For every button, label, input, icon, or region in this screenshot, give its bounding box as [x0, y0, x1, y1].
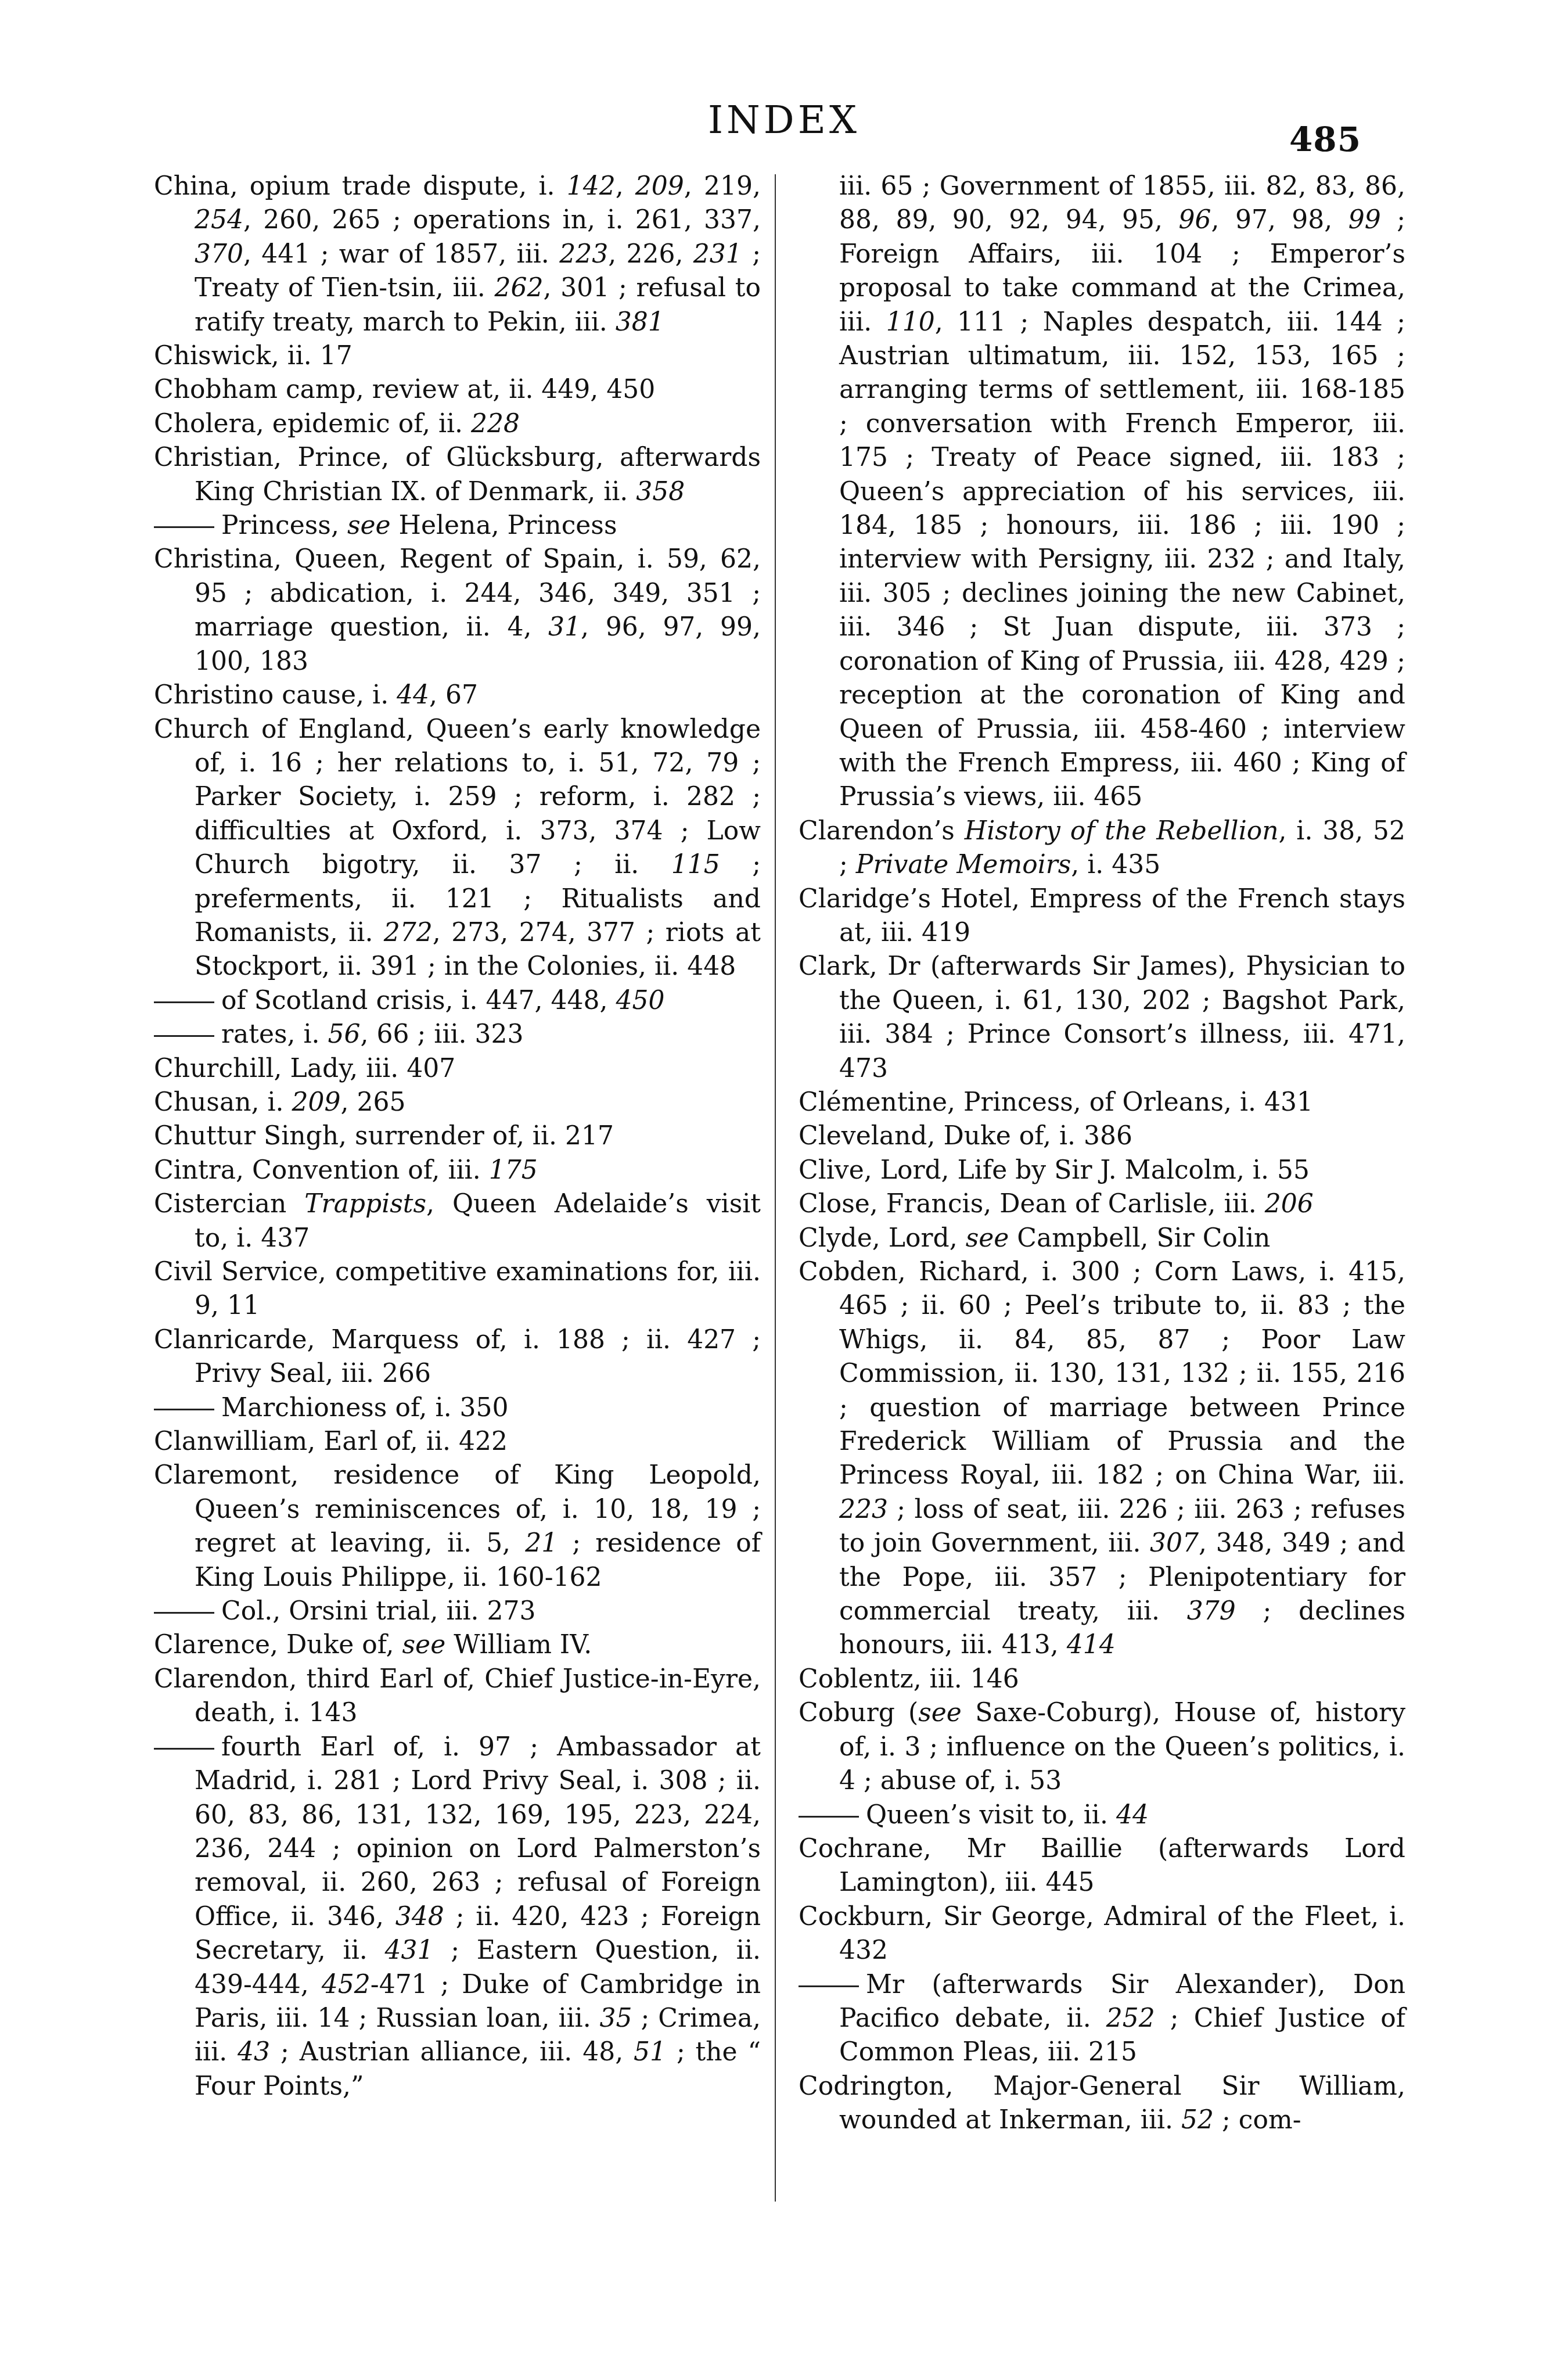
text-run: of Scotland crisis, i. 447, 448,	[221, 986, 616, 1015]
italic-run: Private Memoirs	[856, 850, 1071, 879]
italic-run: 379	[1187, 1596, 1236, 1626]
text-run: ; com-	[1214, 2105, 1301, 2135]
italic-run: 452	[322, 1970, 371, 1999]
italic-run: 209	[635, 171, 684, 201]
italic-run: see	[347, 511, 391, 540]
italic-run: 43	[238, 2037, 270, 2067]
text-run: Coburg (	[799, 1698, 918, 1728]
text-run: rates, i.	[221, 1019, 328, 1049]
index-subentry: Princess, see Helena, Princess	[154, 509, 761, 543]
index-entry: Clanricarde, Marquess of, i. 188 ; ii. 4…	[154, 1323, 761, 1391]
ditto-dash	[154, 1001, 214, 1003]
italic-run: 44	[397, 680, 429, 710]
index-entry: Codrington, Major-General Sir William, w…	[799, 2070, 1405, 2138]
italic-run: 228	[471, 409, 520, 439]
text-run: Cochrane, Mr Baillie (afterwards Lord La…	[799, 1834, 1405, 1897]
text-run: ,	[616, 171, 635, 201]
italic-run: 431	[384, 1936, 433, 1965]
running-title: INDEX	[679, 98, 889, 142]
text-run: Clanricarde, Marquess of, i. 188 ; ii. 4…	[154, 1325, 761, 1388]
index-entry: Christina, Queen, Regent of Spain, i. 59…	[154, 543, 761, 678]
italic-run: 262	[494, 273, 543, 303]
index-entry: Churchill, Lady, iii. 407	[154, 1052, 761, 1086]
text-run: , 226,	[608, 239, 693, 269]
index-entry: Christian, Prince, of Glücksburg, after­…	[154, 441, 761, 509]
index-entry-continuation: iii. 65 ; Government of 1855, iii. 82, 8…	[799, 170, 1405, 814]
index-subentry: of Scotland crisis, i. 447, 448, 450	[154, 984, 761, 1018]
index-entry: Cobden, Richard, i. 300 ; Corn Laws, i. …	[799, 1255, 1405, 1662]
index-entry: Civil Service, competitive examinations …	[154, 1255, 761, 1323]
text-run: Clive, Lord, Life by Sir J. Malcolm, i. …	[799, 1155, 1310, 1185]
text-run: , i. 435	[1071, 850, 1160, 879]
text-run: Clark, Dr (afterwards Sir James), Physi­…	[799, 951, 1405, 1083]
italic-run: 115	[671, 850, 720, 879]
text-run: Codrington, Major-General Sir William, w…	[799, 2071, 1405, 2135]
index-entry: Clémentine, Princess, of Orleans, i. 431	[799, 1086, 1405, 1119]
italic-run: 254	[195, 205, 243, 235]
italic-run: 307	[1150, 1528, 1199, 1558]
index-entry: Clark, Dr (afterwards Sir James), Physi­…	[799, 950, 1405, 1086]
text-run: Close, Francis, Dean of Carlisle, iii.	[799, 1189, 1265, 1219]
text-run: Col., Orsini trial, iii. 273	[221, 1596, 536, 1626]
italic-run: 223	[559, 239, 608, 269]
italic-run: 209	[292, 1087, 341, 1117]
text-run: , 111 ; Naples despatch, iii. 144 ; Aust…	[839, 307, 1405, 812]
text-run: Cistercian	[154, 1189, 304, 1219]
text-run: , 265	[341, 1087, 406, 1117]
italic-run: 381	[616, 307, 664, 337]
text-run: Marchioness of, i. 350	[221, 1393, 509, 1423]
index-entry: Cockburn, Sir George, Admiral of the Fle…	[799, 1900, 1405, 1968]
index-entry: China, opium trade dispute, i. 142, 209,…	[154, 170, 761, 339]
page-number: 485	[1289, 120, 1361, 159]
index-column-right: iii. 65 ; Government of 1855, iii. 82, 8…	[799, 170, 1405, 2138]
text-run: , 66 ; iii. 323	[361, 1019, 524, 1049]
index-entry: Coburg (see Saxe-Coburg), House of, hist…	[799, 1696, 1405, 1798]
italic-run: 142	[567, 171, 616, 201]
text-run: Cleveland, Duke of, i. 386	[799, 1121, 1132, 1151]
column-divider	[775, 174, 776, 2202]
index-entry: Cholera, epidemic of, ii. 228	[154, 407, 761, 441]
italic-run: 96	[1178, 205, 1211, 235]
italic-run: 52	[1181, 2105, 1214, 2135]
index-subentry: Queen’s visit to, ii. 44	[799, 1798, 1405, 1832]
index-subentry: fourth Earl of, i. 97 ; Ambassador at Ma…	[154, 1730, 761, 2103]
text-run: , 67	[429, 680, 478, 710]
index-entry: Cleveland, Duke of, i. 386	[799, 1119, 1405, 1153]
italic-run: 56	[328, 1019, 361, 1049]
index-entry: Clive, Lord, Life by Sir J. Malcolm, i. …	[799, 1154, 1405, 1187]
text-run: Chiswick, ii. 17	[154, 341, 353, 371]
italic-run: 21	[525, 1528, 558, 1558]
italic-run: 99	[1348, 205, 1381, 235]
italic-run: 110	[886, 307, 935, 337]
italic-run: 31	[548, 612, 581, 642]
index-entry: Cochrane, Mr Baillie (afterwards Lord La…	[799, 1832, 1405, 1900]
italic-run: 175	[489, 1155, 538, 1185]
text-run: Chusan, i.	[154, 1087, 292, 1117]
italic-run: Trappists	[304, 1189, 426, 1219]
text-run: William IV.	[445, 1630, 592, 1660]
italic-run: History of the Rebellion	[965, 816, 1279, 846]
index-subentry: rates, i. 56, 66 ; iii. 323	[154, 1018, 761, 1051]
text-run: Helena, Princess	[391, 511, 617, 540]
index-entry: Cistercian Trappists, Queen Adelaide’s v…	[154, 1187, 761, 1255]
ditto-dash	[154, 526, 214, 528]
index-entry: Church of England, Queen’s early know­le…	[154, 713, 761, 984]
text-run: Coblentz, iii. 146	[799, 1664, 1019, 1694]
index-entry: Clarence, Duke of, see William IV.	[154, 1628, 761, 1662]
index-entry: Clarendon’s History of the Rebellion, i.…	[799, 814, 1405, 882]
text-run: Clanwilliam, Earl of, ii. 422	[154, 1427, 508, 1456]
italic-run: 252	[1106, 2003, 1155, 2033]
italic-run: 370	[195, 239, 243, 269]
text-run: Civil Service, competitive examinations …	[154, 1257, 761, 1320]
italic-run: 206	[1265, 1189, 1314, 1219]
text-run: Chuttur Singh, surrender of, ii. 217	[154, 1121, 614, 1151]
italic-run: 44	[1116, 1800, 1149, 1830]
italic-run: 358	[636, 477, 685, 507]
text-run: Churchill, Lady, iii. 407	[154, 1054, 455, 1083]
italic-run: see	[918, 1698, 962, 1728]
ditto-dash	[154, 1748, 214, 1750]
text-run: Clarendon’s	[799, 816, 965, 846]
index-entry: Coblentz, iii. 146	[799, 1662, 1405, 1696]
italic-run: 223	[839, 1495, 888, 1524]
ditto-dash	[154, 1409, 214, 1410]
index-entry: Chiswick, ii. 17	[154, 339, 761, 373]
index-subentry: Col., Orsini trial, iii. 273	[154, 1595, 761, 1628]
ditto-dash	[799, 1985, 859, 1987]
index-entry: Chobham camp, review at, ii. 449, 450	[154, 373, 761, 407]
index-column-left: China, opium trade dispute, i. 142, 209,…	[154, 170, 761, 2103]
italic-run: see	[966, 1223, 1009, 1253]
text-run: , 97, 98,	[1211, 205, 1348, 235]
italic-run: 272	[384, 918, 433, 947]
index-entry: Clyde, Lord, see Campbell, Sir Colin	[799, 1222, 1405, 1255]
text-run: Clyde, Lord,	[799, 1223, 966, 1253]
text-run: Cintra, Convention of, iii.	[154, 1155, 489, 1185]
italic-run: 35	[600, 2003, 632, 2033]
text-run: Campbell, Sir Colin	[1009, 1223, 1270, 1253]
italic-run: 414	[1067, 1630, 1116, 1660]
text-run: Clémentine, Princess, of Orleans, i. 431	[799, 1087, 1313, 1117]
index-entry: Chuttur Singh, surrender of, ii. 217	[154, 1119, 761, 1153]
index-subentry: Marchioness of, i. 350	[154, 1391, 761, 1425]
text-run: , 260, 265 ; operations in, i. 261, 337,	[243, 205, 761, 235]
text-run: China, opium trade dispute, i.	[154, 171, 567, 201]
text-run: Clarendon, third Earl of, Chief Justice-…	[154, 1664, 761, 1728]
text-run: , 441 ; war of 1857, iii.	[243, 239, 559, 269]
text-run: Cockburn, Sir George, Admiral of the Fle…	[799, 1902, 1405, 1965]
italic-run: 51	[634, 2037, 666, 2067]
index-entry: Claridge’s Hotel, Empress of the French …	[799, 882, 1405, 950]
text-run: Clarence, Duke of,	[154, 1630, 402, 1660]
index-entry: Claremont, residence of King Leopold, Qu…	[154, 1459, 761, 1595]
index-entry: Cintra, Convention of, iii. 175	[154, 1154, 761, 1187]
text-run: Cholera, epidemic of, ii.	[154, 409, 471, 439]
index-entry: Christino cause, i. 44, 67	[154, 678, 761, 712]
text-run: Cobden, Richard, i. 300 ; Corn Laws, i. …	[799, 1257, 1405, 1490]
page-header: INDEX 485	[0, 98, 1568, 161]
italic-run: 348	[395, 1902, 444, 1931]
index-subentry: Mr (afterwards Sir Alexander), Don Pacif…	[799, 1968, 1405, 2070]
text-run: ; Austrian alliance, iii. 48,	[270, 2037, 634, 2067]
index-entry: Chusan, i. 209, 265	[154, 1086, 761, 1119]
text-run: Princess,	[221, 511, 347, 540]
ditto-dash	[799, 1816, 859, 1818]
text-run: Claridge’s Hotel, Empress of the French …	[799, 884, 1405, 947]
ditto-dash	[154, 1612, 214, 1614]
text-run: Church of England, Queen’s early know­le…	[154, 714, 761, 880]
index-entry: Clanwilliam, Earl of, ii. 422	[154, 1425, 761, 1459]
italic-run: see	[402, 1630, 446, 1660]
italic-run: 450	[616, 986, 664, 1015]
italic-run: 231	[693, 239, 742, 269]
ditto-dash	[154, 1035, 214, 1037]
text-run: Christino cause, i.	[154, 680, 397, 710]
text-run: Chobham camp, review at, ii. 449, 450	[154, 375, 655, 404]
index-entry: Close, Francis, Dean of Carlisle, iii. 2…	[799, 1187, 1405, 1221]
text-run: Queen’s visit to, ii.	[866, 1800, 1116, 1830]
text-run: , 219,	[684, 171, 761, 201]
index-entry: Clarendon, third Earl of, Chief Justice-…	[154, 1662, 761, 1730]
